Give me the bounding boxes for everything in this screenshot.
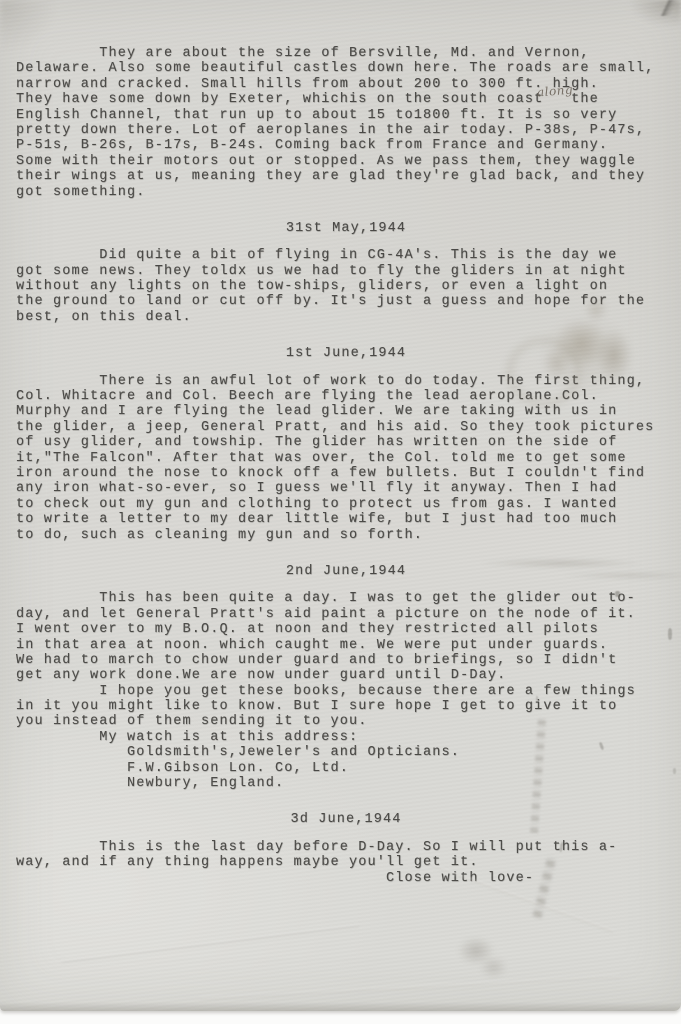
text-line: Col. Whitacre and Col. Beech are flying … [16, 389, 676, 404]
text-line: their wings at us, meaning they are glad… [16, 169, 676, 184]
entry-heading-3-june-1944: 3d June,1944 [16, 812, 676, 827]
text-line: Murphy and I are flying the lead glider.… [16, 404, 676, 419]
entry-paragraph-1-june: There is an awful lot of work to do toda… [16, 374, 676, 543]
entry-paragraph-intro: They are about the size of Bersville, Md… [16, 46, 676, 200]
text-line: any iron what-so-ever, so I guess we'll … [16, 481, 676, 496]
smudge-bottom-center [448, 930, 518, 982]
text-line: Delaware. Also some beautiful castles do… [16, 61, 676, 76]
text-line: pretty down there. Lot of aeroplanes in … [16, 123, 676, 138]
text-line: day, and let General Pratt's aid paint a… [16, 607, 676, 622]
text-line: There is an awful lot of work to do toda… [16, 374, 676, 389]
paper-page: They are about the size of Bersville, Md… [0, 0, 681, 1011]
text-line: in that area at noon. which caught me. W… [16, 638, 676, 653]
entry-heading-1-june-1944: 1st June,1944 [16, 346, 676, 361]
entry-heading-31-may-1944: 31st May,1944 [16, 221, 676, 236]
text-line: F.W.Gibson Lon. Co, Ltd. [16, 761, 676, 776]
paper-wrinkle [61, 924, 359, 964]
text-line: I hope you get these books, because ther… [16, 684, 676, 699]
text-line: Newbury, England. [16, 776, 676, 791]
entry-paragraph-3-june: This is the last day before D-Day. So I … [16, 840, 676, 886]
text-line: you instead of them sending it to you. [16, 714, 676, 729]
text-line: iron around the nose to knock off a few … [16, 466, 676, 481]
text-line: best, on this deal. [16, 310, 676, 325]
text-line: without any lights on the tow-ships, gli… [16, 279, 676, 294]
text-line: of usy glider, and towship. The glider h… [16, 435, 676, 450]
text-line: I went over to my B.O.Q. at noon and the… [16, 622, 676, 637]
text-line: My watch is at this address: [16, 730, 676, 745]
text-line: to write a letter to my dear little wife… [16, 512, 676, 527]
text-line: Close with love- [16, 871, 676, 886]
text-line: Did quite a bit of flying in CG-4A's. Th… [16, 248, 676, 263]
corner-shading-top-right [597, 0, 681, 48]
paper-wrinkle [200, 975, 620, 1000]
text-line: to do, such as cleaning my gun and so fo… [16, 528, 676, 543]
entry-heading-2-june-1944: 2nd June,1944 [16, 564, 676, 579]
text-line: get any work done.We are now under guard… [16, 668, 676, 683]
text-line: the ground to land or cut off by. It's j… [16, 294, 676, 309]
text-line: We had to march to chow under guard and … [16, 653, 676, 668]
text-line: got something. [16, 185, 676, 200]
text-line: in it you might like to know. But I sure… [16, 699, 676, 714]
text-line: it,"The Falcon". After that was over, th… [16, 451, 676, 466]
text-line: Some with their motors out or stopped. A… [16, 154, 676, 169]
text-line: This is the last day before D-Day. So I … [16, 840, 676, 855]
diary-content: They are about the size of Bersville, Md… [16, 46, 676, 894]
entry-paragraph-31-may: Did quite a bit of flying in CG-4A's. Th… [16, 248, 676, 325]
text-line: to check out my gun and clothing to prot… [16, 497, 676, 512]
text-line: way, and if any thing happens maybe you'… [16, 855, 676, 870]
text-line: English Channel, that run up to about 15… [16, 108, 676, 123]
text-line: P-51s, B-26s, B-17s, B-24s. Coming back … [16, 138, 676, 153]
entry-paragraph-2-june: This has been quite a day. I was to get … [16, 591, 676, 791]
text-line: They have some down by Exeter, whichis o… [16, 92, 676, 107]
text-line: the glider, a jeep, General Pratt, and h… [16, 420, 676, 435]
text-line: This has been quite a day. I was to get … [16, 591, 676, 606]
text-line: They are about the size of Bersville, Md… [16, 46, 676, 61]
corner-mark-top-right [653, 0, 681, 16]
text-line: Goldsmith's,Jeweler's and Opticians. [16, 745, 676, 760]
text-line: narrow and cracked. Small hills from abo… [16, 77, 676, 92]
text-line: got some news. They toldx us we had to f… [16, 264, 676, 279]
